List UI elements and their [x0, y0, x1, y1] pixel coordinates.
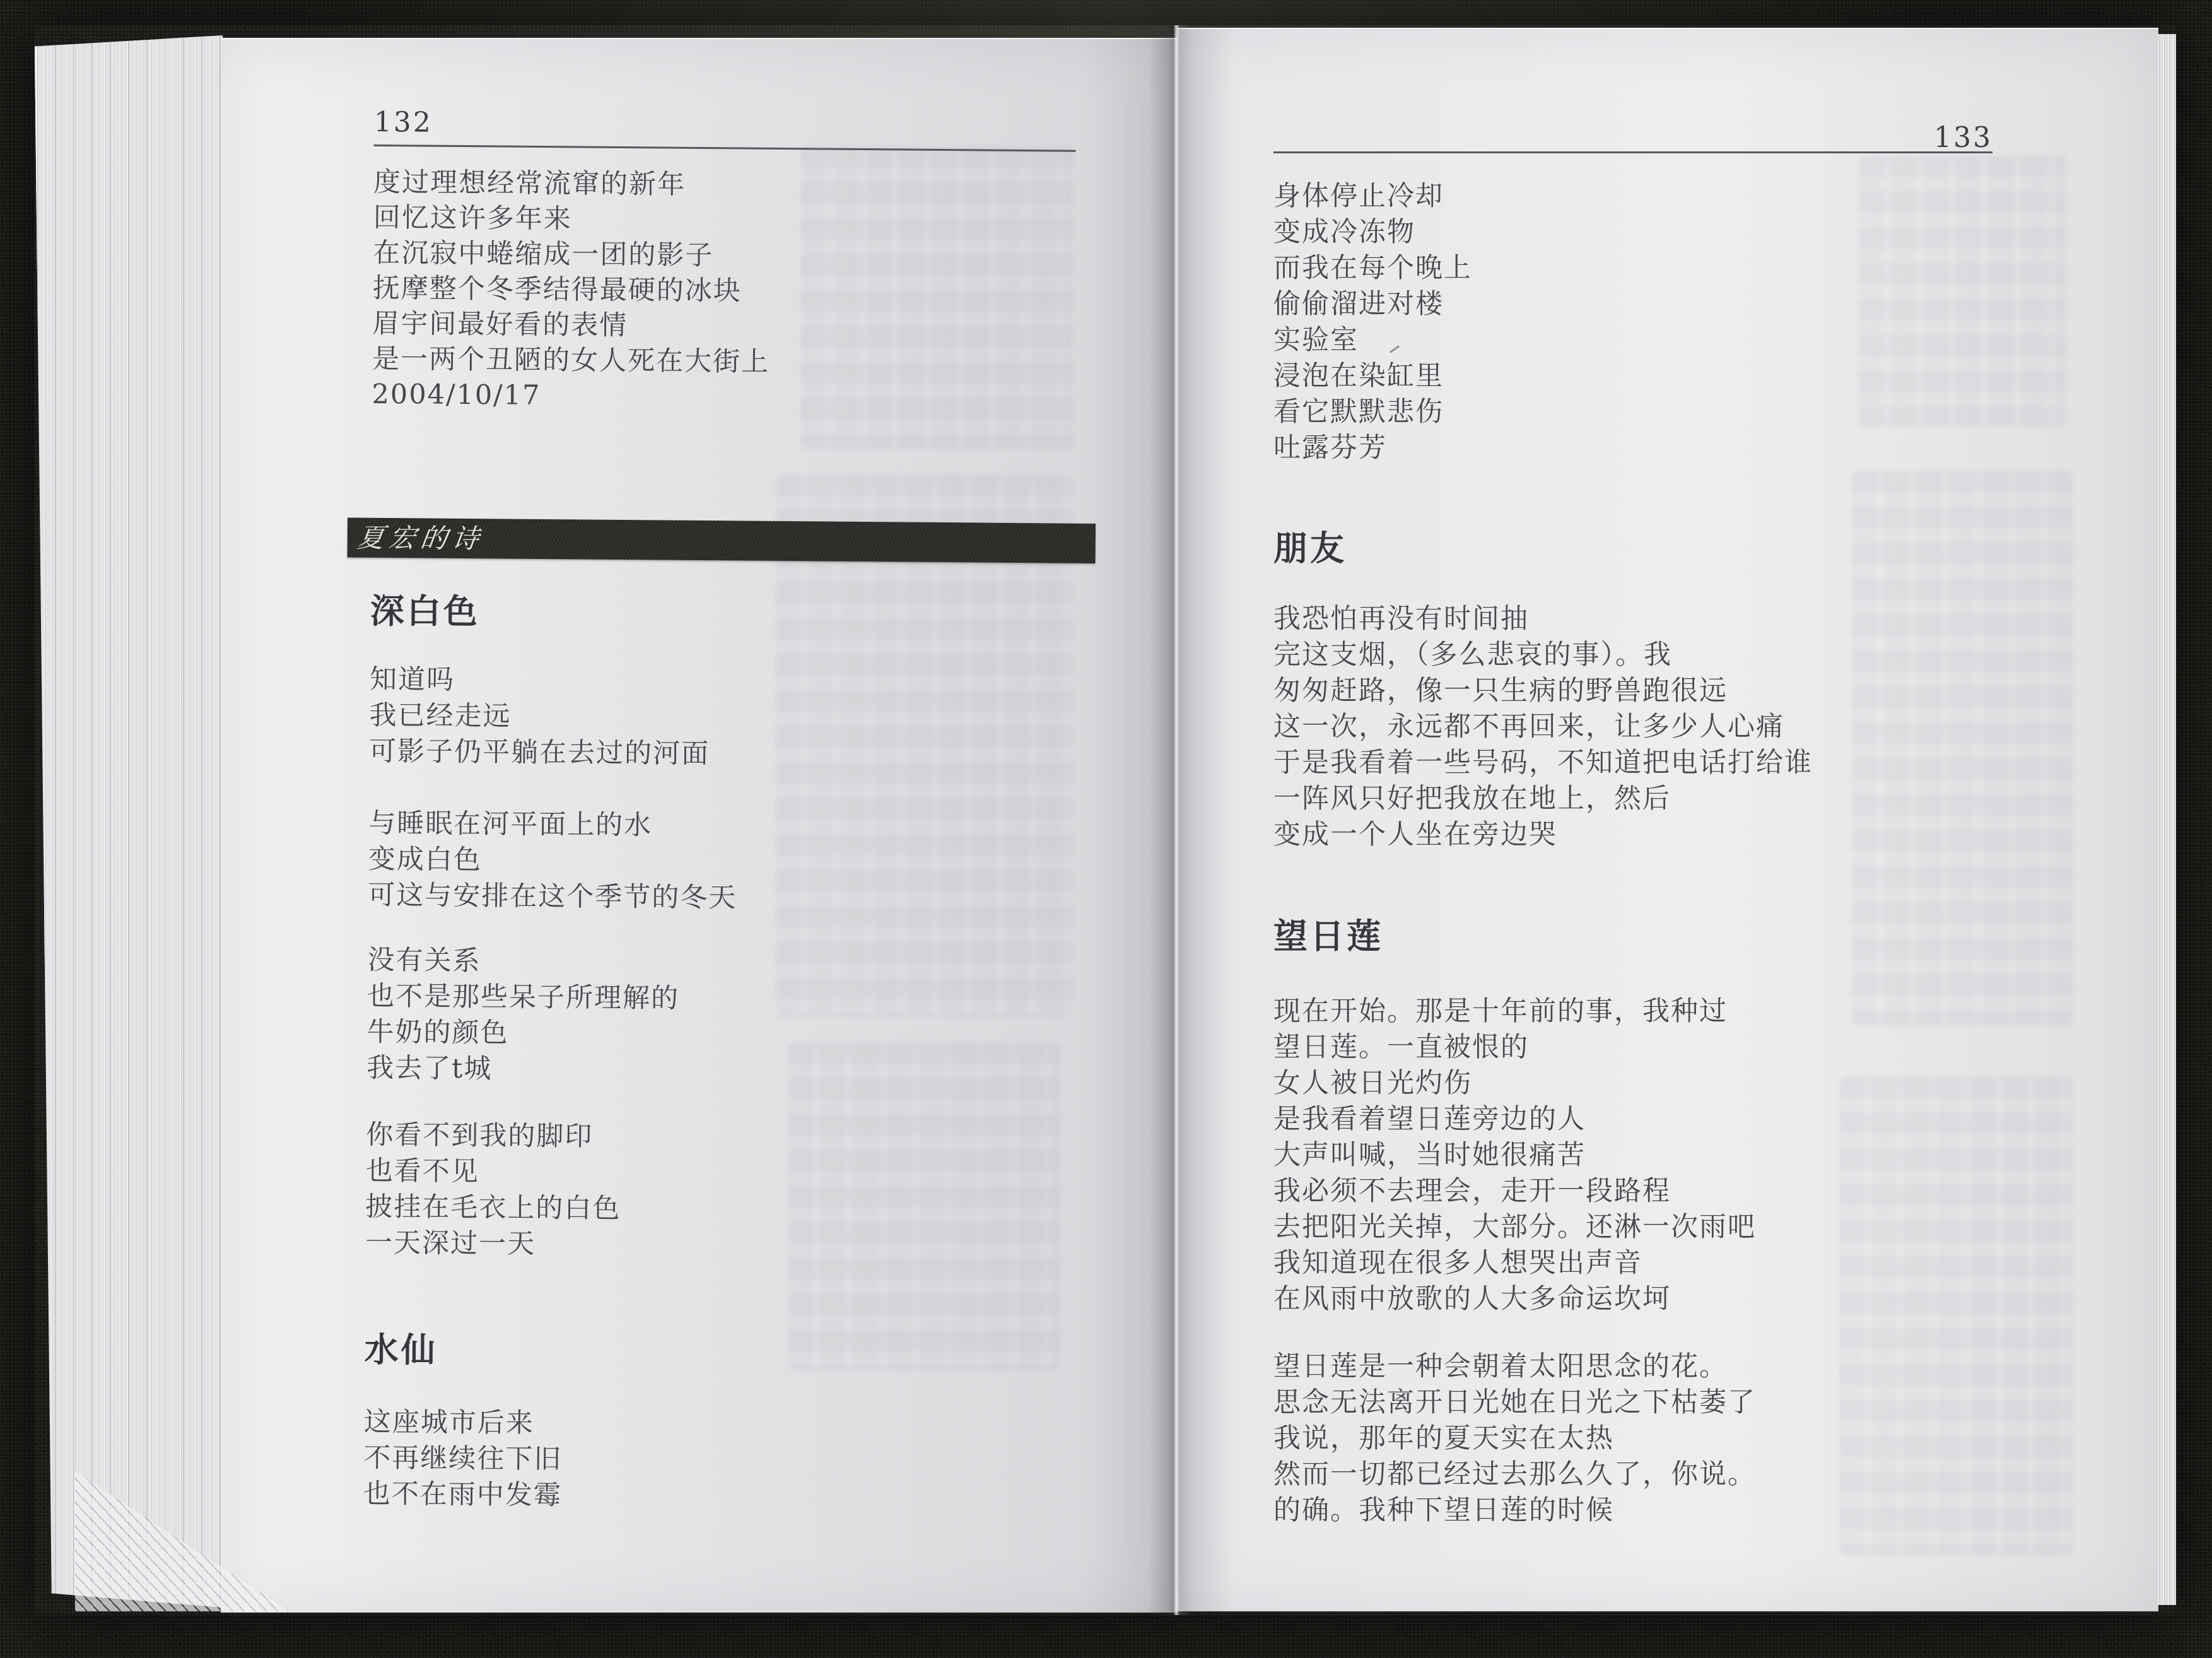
- page-stack-right-edge: [2158, 34, 2176, 1605]
- poem-line: 牛奶的颜色: [366, 1014, 679, 1053]
- poem-line: 思念无法离开日光她在日光之下枯萎了: [1273, 1385, 1756, 1421]
- poem-line: 我知道现在很多人想哭出声音: [1273, 1245, 1756, 1281]
- section-bar: 夏宏的诗: [348, 518, 1096, 563]
- poem-line: 浸泡在染缸里: [1273, 358, 1472, 394]
- poem-line: 现在开始。那是十年前的事，我种过: [1273, 994, 1756, 1030]
- poem-continued-left: 度过理想经常流窜的新年 回忆这许多年来 在沉寂中蜷缩成一团的影子 抚摩整个冬季结…: [372, 165, 771, 415]
- poem-line: 与睡眠在河平面上的水: [368, 806, 737, 845]
- poem-title-shuixian: 水仙: [364, 1323, 438, 1372]
- poem-line: 在风雨中放歌的人大多命运坎坷: [1273, 1281, 1756, 1317]
- poem-line: 在沉寂中蜷缩成一团的影子: [373, 235, 770, 274]
- poem-stanza: 你看不到我的脚印 也看不见 披挂在毛衣上的白色 一天深过一天: [365, 1117, 622, 1263]
- poem-stanza: 与睡眠在河平面上的水 变成白色 可这与安排在这个季节的冬天: [368, 806, 737, 917]
- page-stack-left-edge: [35, 35, 223, 1608]
- poem-line: 是我看着望日莲旁边的人: [1273, 1102, 1756, 1138]
- poem-line: 而我在每个晚上: [1273, 250, 1472, 286]
- poem-line: 然而一切都已经过去那么久了，你说。: [1273, 1457, 1756, 1493]
- poem-line: 身体停止冷却: [1273, 179, 1472, 215]
- page-number-right: 133: [1273, 122, 1993, 154]
- poem-line: 吐露芬芳: [1273, 430, 1472, 466]
- book-photo: { "colors": { "fabric_background": "#1a1…: [0, 0, 2212, 1658]
- section-bar-label: 夏宏的诗: [345, 518, 1098, 563]
- poem-line: 可影子仍平躺在去过的河面: [369, 734, 710, 772]
- right-page: 133 身体停止冷却 变成冷冻物 而我在每个晚上 偷偷溜进对楼 实验室 浸泡在染…: [1177, 28, 2158, 1611]
- poem-line: 抚摩整个冬季结得最硬的冰块: [373, 271, 770, 309]
- poem-line: 也不是那些呆子所理解的: [367, 979, 679, 1017]
- poem-title-wangrilian: 望日莲: [1273, 910, 1383, 958]
- header-rule-left: [374, 144, 1076, 152]
- poem-line: 我已经走远: [369, 698, 710, 736]
- poem-title-pengyou: 朋友: [1273, 522, 1347, 570]
- poem-line: 回忆这许多年来: [373, 200, 771, 238]
- poem-line: 可这与安排在这个季节的冬天: [368, 878, 737, 917]
- poem-line: 一天深过一天: [365, 1225, 621, 1263]
- poem-line: 我恐怕再没有时间抽: [1273, 601, 1813, 637]
- page-number-left: 132: [374, 106, 433, 139]
- poem-line: 没有关系: [367, 943, 679, 981]
- poem-line: 变成一个人坐在旁边哭: [1273, 817, 1813, 853]
- poem-line: 不再继续往下旧: [363, 1440, 562, 1478]
- poem-line: 这座城市后来: [364, 1404, 563, 1442]
- poem-line: 知道吗: [370, 662, 710, 700]
- poem-line: 这一次，永远都不再回来，让多少人心痛: [1273, 709, 1813, 745]
- poem-line: 匆匆赶路，像一只生病的野兽跑很远: [1273, 673, 1813, 709]
- open-book: 132 度过理想经常流窜的新年 回忆这许多年来 在沉寂中蜷缩成一团的影子 抚摩整…: [35, 25, 2176, 1615]
- poem-line: 度过理想经常流窜的新年: [373, 165, 771, 203]
- poem-date: 2004/10/17: [372, 377, 769, 415]
- poem-line: 女人被日光灼伤: [1273, 1066, 1756, 1102]
- left-page: 132 度过理想经常流窜的新年 回忆这许多年来 在沉寂中蜷缩成一团的影子 抚摩整…: [221, 38, 1177, 1613]
- poem-line: 望日莲。一直被恨的: [1273, 1030, 1756, 1066]
- poem-line: 也不在雨中发霉: [363, 1476, 562, 1514]
- poem-line: 我说，那年的夏天实在太热: [1273, 1421, 1756, 1457]
- poem-stanza: 我恐怕再没有时间抽 完这支烟，（多么悲哀的事）。我 匆匆赶路，像一只生病的野兽跑…: [1273, 601, 1813, 853]
- poem-stanza: 望日莲是一种会朝着太阳思念的花。 思念无法离开日光她在日光之下枯萎了 我说，那年…: [1273, 1349, 1756, 1529]
- poem-line: 偷偷溜进对楼: [1273, 286, 1472, 322]
- poem-line: 你看不到我的脚印: [366, 1117, 621, 1155]
- poem-line: 变成白色: [368, 842, 737, 881]
- poem-line: 去把阳光关掉，大部分。还淋一次雨吧: [1273, 1209, 1756, 1245]
- poem-line: 也看不见: [366, 1153, 621, 1191]
- poem-title-shenbaise: 深白色: [370, 584, 481, 633]
- poem-line: 于是我看着一些号码，不知道把电话打给谁: [1273, 745, 1813, 781]
- poem-line: 变成冷冻物: [1273, 215, 1472, 250]
- header-rule-right: [1273, 151, 1993, 153]
- poem-line: 看它默默悲伤: [1273, 394, 1472, 430]
- poem-line: 实验室: [1273, 322, 1472, 358]
- poem-line: 是一两个丑陋的女人死在大街上: [372, 341, 770, 380]
- poem-stanza: 没有关系 也不是那些呆子所理解的 牛奶的颜色 我去了t城: [366, 943, 680, 1089]
- poem-line: 望日莲是一种会朝着太阳思念的花。: [1273, 1349, 1756, 1385]
- poem-continued-right: 身体停止冷却 变成冷冻物 而我在每个晚上 偷偷溜进对楼 实验室 浸泡在染缸里 看…: [1273, 179, 1472, 466]
- poem-line: 一阵风只好把我放在地上，然后: [1273, 781, 1813, 817]
- poem-line: 眉宇间最好看的表情: [372, 306, 770, 344]
- poem-stanza: 知道吗 我已经走远 可影子仍平躺在去过的河面: [369, 662, 710, 772]
- poem-stanza: 现在开始。那是十年前的事，我种过 望日莲。一直被恨的 女人被日光灼伤 是我看着望…: [1273, 994, 1756, 1317]
- poem-stanza: 这座城市后来 不再继续往下旧 也不在雨中发霉: [363, 1404, 563, 1514]
- poem-line: 完这支烟，（多么悲哀的事）。我: [1273, 637, 1813, 673]
- poem-line: 我去了t城: [366, 1050, 679, 1089]
- poem-line: 大声叫喊，当时她很痛苦: [1273, 1138, 1756, 1173]
- poem-line: 披挂在毛衣上的白色: [365, 1189, 621, 1227]
- poem-line: 的确。我种下望日莲的时候: [1273, 1493, 1756, 1529]
- poem-line: 我必须不去理会，走开一段路程: [1273, 1173, 1756, 1209]
